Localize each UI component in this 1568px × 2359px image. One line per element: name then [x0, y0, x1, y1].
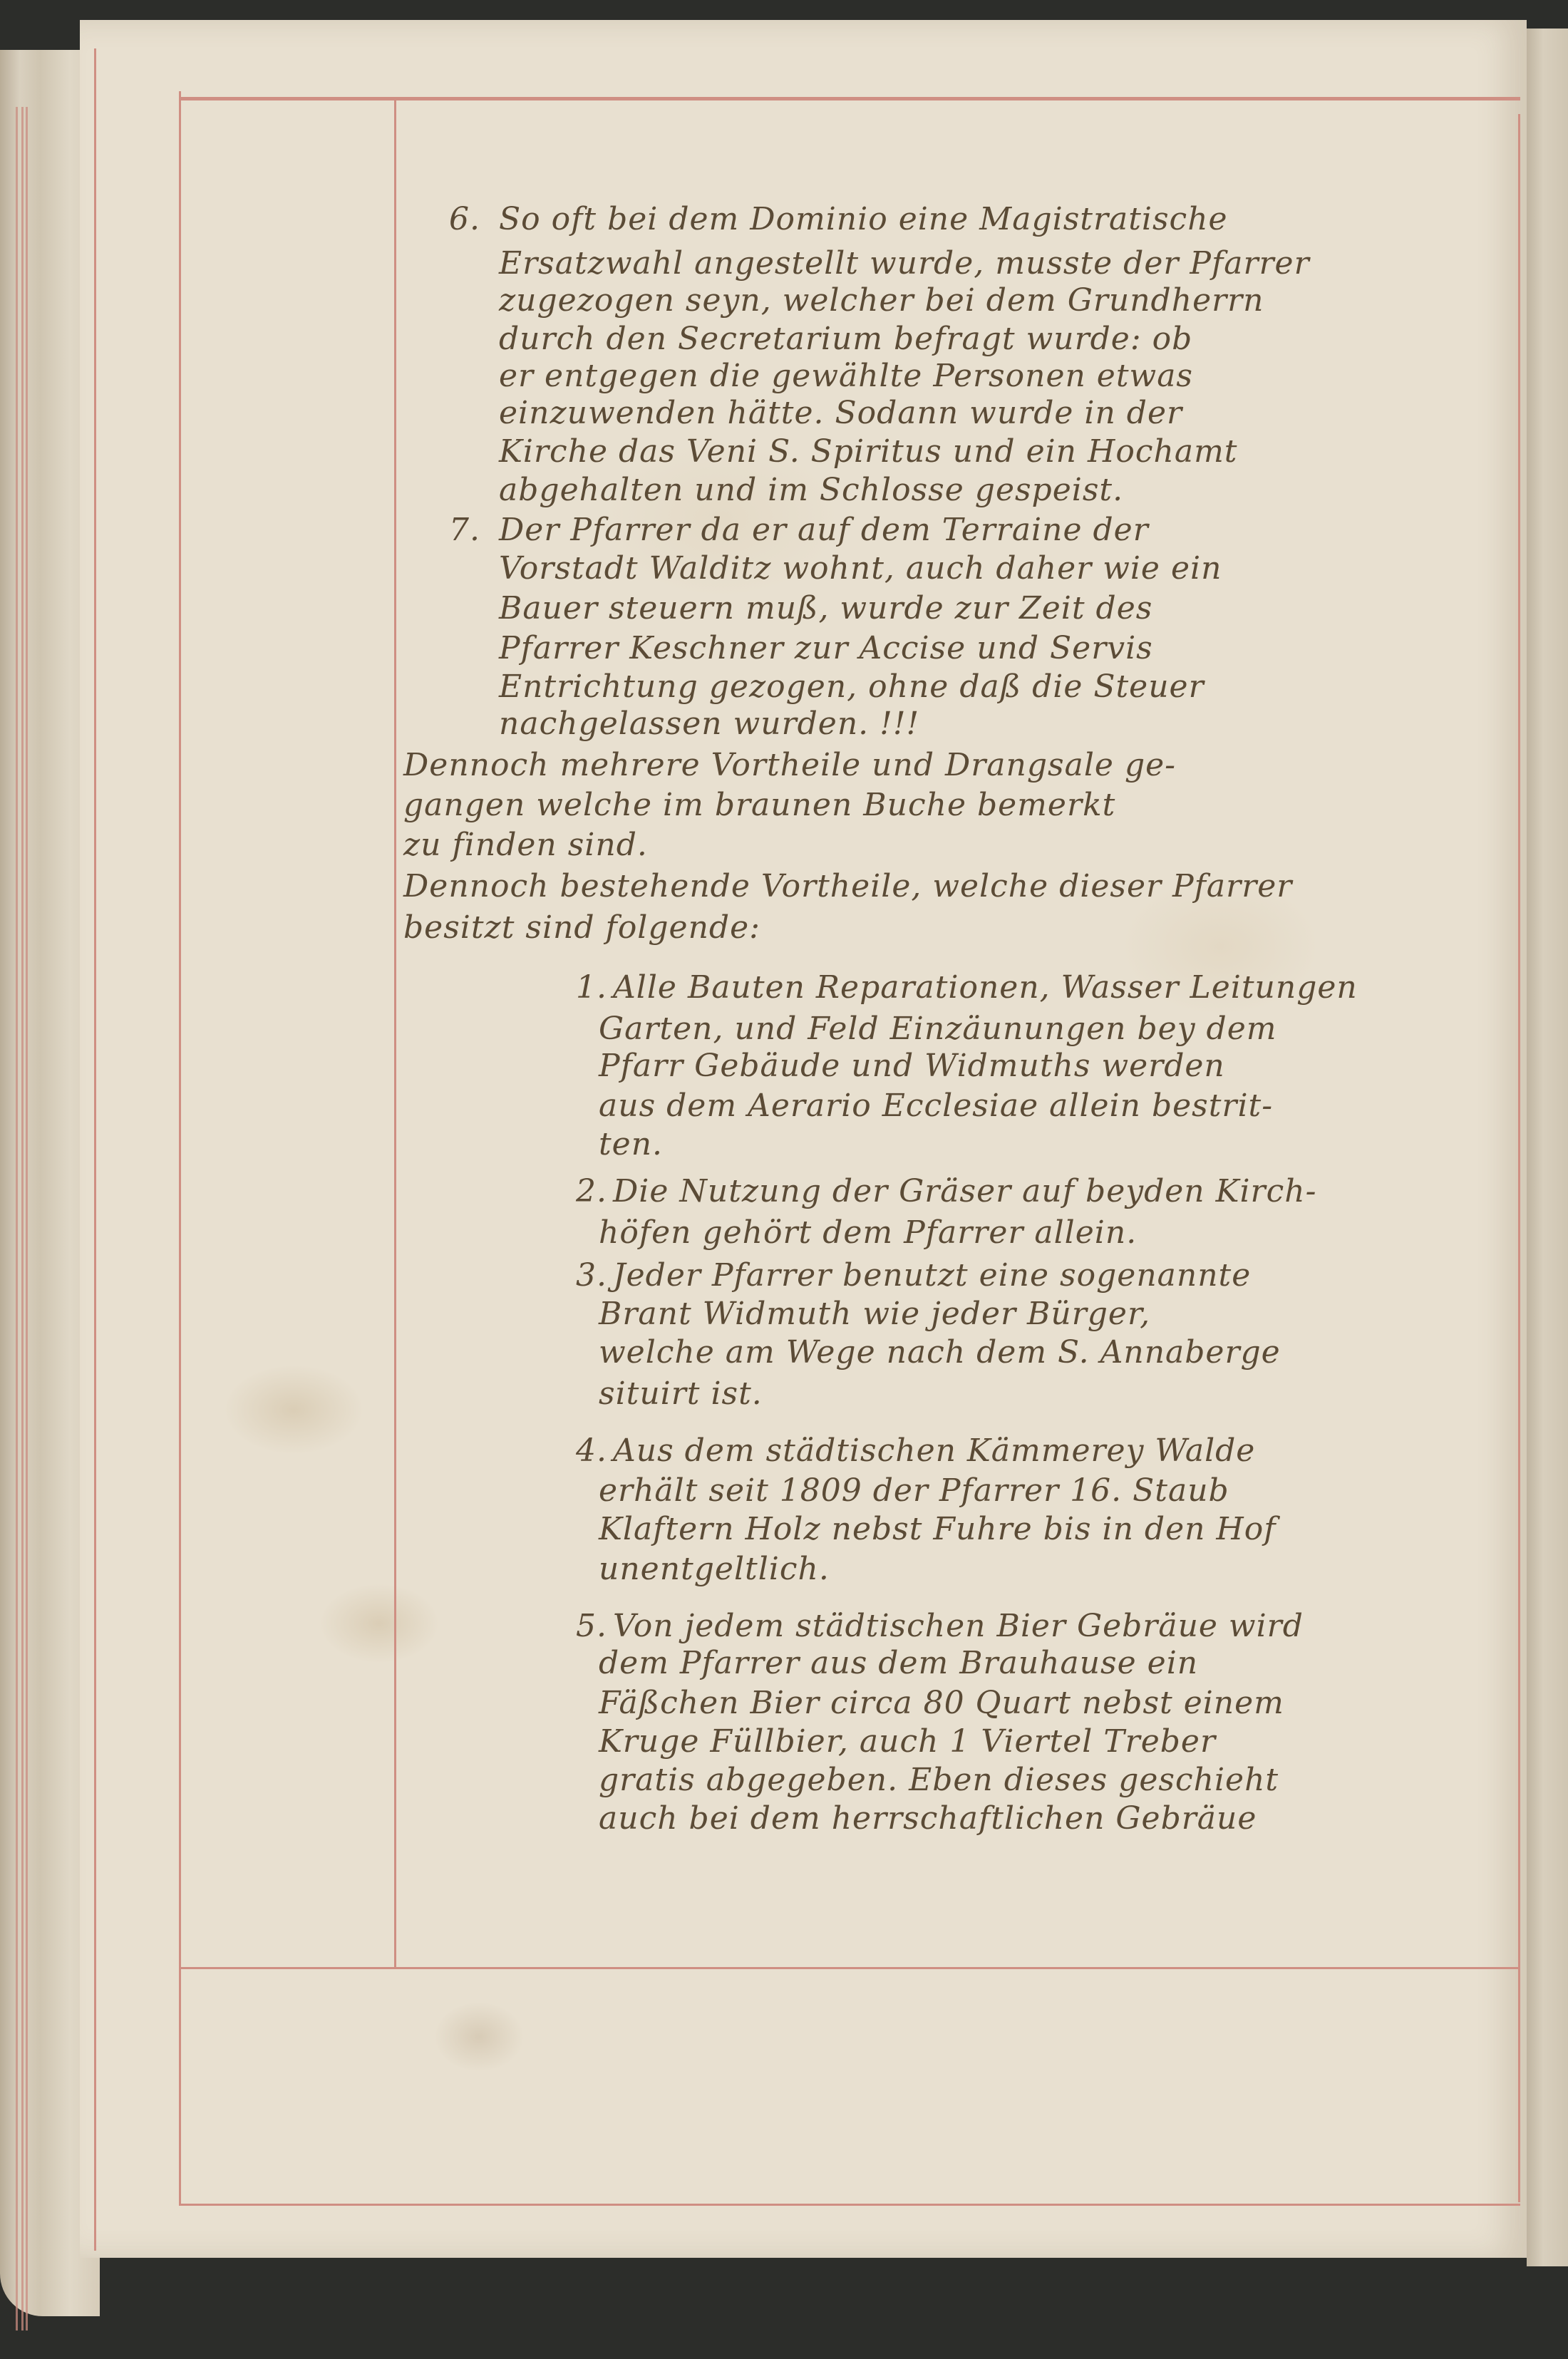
- text-line: einzuwenden hätte. Sodann wurde in der: [499, 395, 1182, 431]
- text-line: durch den Secretarium befragt wurde: ob: [499, 321, 1192, 357]
- item-number: 1.: [576, 969, 607, 1006]
- frame-mid-rule: [180, 1967, 1520, 1969]
- text-line: Die Nutzung der Gräser auf beyden Kirch-: [613, 1173, 1316, 1209]
- text-line: zugezogen seyn, welcher bei dem Grundher…: [499, 282, 1264, 319]
- text-line: Pfarrer Keschner zur Accise und Servis: [499, 630, 1153, 666]
- text-line: auch bei dem herrschaftlichen Gebräue: [599, 1800, 1257, 1837]
- text-line: Brant Widmuth wie jeder Bürger,: [599, 1296, 1150, 1332]
- text-line: So oft bei dem Dominio eine Magistratisc…: [499, 201, 1228, 237]
- text-line: gratis abgegeben. Eben dieses geschieht: [599, 1762, 1279, 1798]
- item-number: 7.: [449, 512, 480, 548]
- text-line: Entrichtung gezogen, ohne daß die Steuer: [499, 669, 1205, 705]
- item-number: 3.: [576, 1257, 607, 1294]
- item-number: 4.: [576, 1433, 607, 1469]
- text-line: Klaftern Holz nebst Fuhre bis in den Hof: [599, 1511, 1276, 1547]
- text-line: Kirche das Veni S. Spiritus und ein Hoch…: [499, 433, 1237, 470]
- text-line: Bauer steuern muß, wurde zur Zeit des: [499, 590, 1152, 626]
- text-line: ten.: [599, 1126, 663, 1162]
- text-line: aus dem Aerario Ecclesiae allein bestrit…: [599, 1088, 1273, 1124]
- text-line: Vorstadt Walditz wohnt, auch daher wie e…: [499, 550, 1222, 587]
- adjacent-page-edge: [1527, 29, 1568, 2266]
- stack-rule-line: [21, 107, 24, 2330]
- frame-left-rule: [179, 91, 181, 2204]
- item-number: 2.: [576, 1173, 607, 1209]
- text-line: Alle Bauten Reparationen, Wasser Leitung…: [613, 969, 1358, 1006]
- text-line: Pfarr Gebäude und Widmuths werden: [599, 1048, 1225, 1084]
- text-line: situirt ist.: [599, 1375, 763, 1412]
- item-number: 6.: [449, 201, 480, 237]
- text-line: Garten, und Feld Einzäunungen bey dem: [599, 1011, 1276, 1047]
- frame-right-rule: [1518, 114, 1520, 2202]
- text-line: Ersatzwahl angestellt wurde, musste der …: [499, 245, 1310, 282]
- text-line: nachgelassen wurden. !!!: [499, 706, 919, 742]
- frame-top-rule: [180, 97, 1520, 100]
- text-line: erhält seit 1809 der Pfarrer 16. Staub: [599, 1472, 1229, 1509]
- text-line: dem Pfarrer aus dem Brauhause ein: [599, 1645, 1198, 1681]
- text-line: Von jedem städtischen Bier Gebräue wird: [613, 1608, 1304, 1644]
- text-line: er entgegen die gewählte Personen etwas: [499, 358, 1193, 394]
- page-edge-rule: [94, 48, 96, 2251]
- frame-bottom-rule: [179, 2204, 1520, 2206]
- stack-rule-line: [26, 107, 28, 2330]
- text-line: Kruge Füllbier, auch 1 Viertel Treber: [599, 1723, 1216, 1760]
- text-line: Dennoch bestehende Vortheile, welche die…: [403, 868, 1292, 904]
- text-line: zu finden sind.: [403, 827, 648, 863]
- text-line: besitzt sind folgende:: [403, 909, 760, 946]
- text-line: Der Pfarrer da er auf dem Terraine der: [499, 512, 1149, 548]
- text-line: welche am Wege nach dem S. Annaberge: [599, 1334, 1281, 1371]
- text-line: gangen welche im braunen Buche bemerkt: [403, 787, 1115, 823]
- text-line: abgehalten und im Schlosse gespeist.: [499, 472, 1123, 508]
- text-line: Dennoch mehrere Vortheile und Drangsale …: [403, 747, 1176, 783]
- item-number: 5.: [576, 1608, 607, 1644]
- text-line: unentgeltlich.: [599, 1551, 830, 1587]
- stack-rule-line: [16, 107, 18, 2330]
- column-divider-rule: [394, 98, 396, 1968]
- text-line: Fäßchen Bier circa 80 Quart nebst einem: [599, 1685, 1284, 1721]
- text-line: höfen gehört dem Pfarrer allein.: [599, 1214, 1137, 1251]
- text-line: Aus dem städtischen Kämmerey Walde: [613, 1433, 1255, 1469]
- text-line: Jeder Pfarrer benutzt eine sogenannte: [613, 1257, 1251, 1294]
